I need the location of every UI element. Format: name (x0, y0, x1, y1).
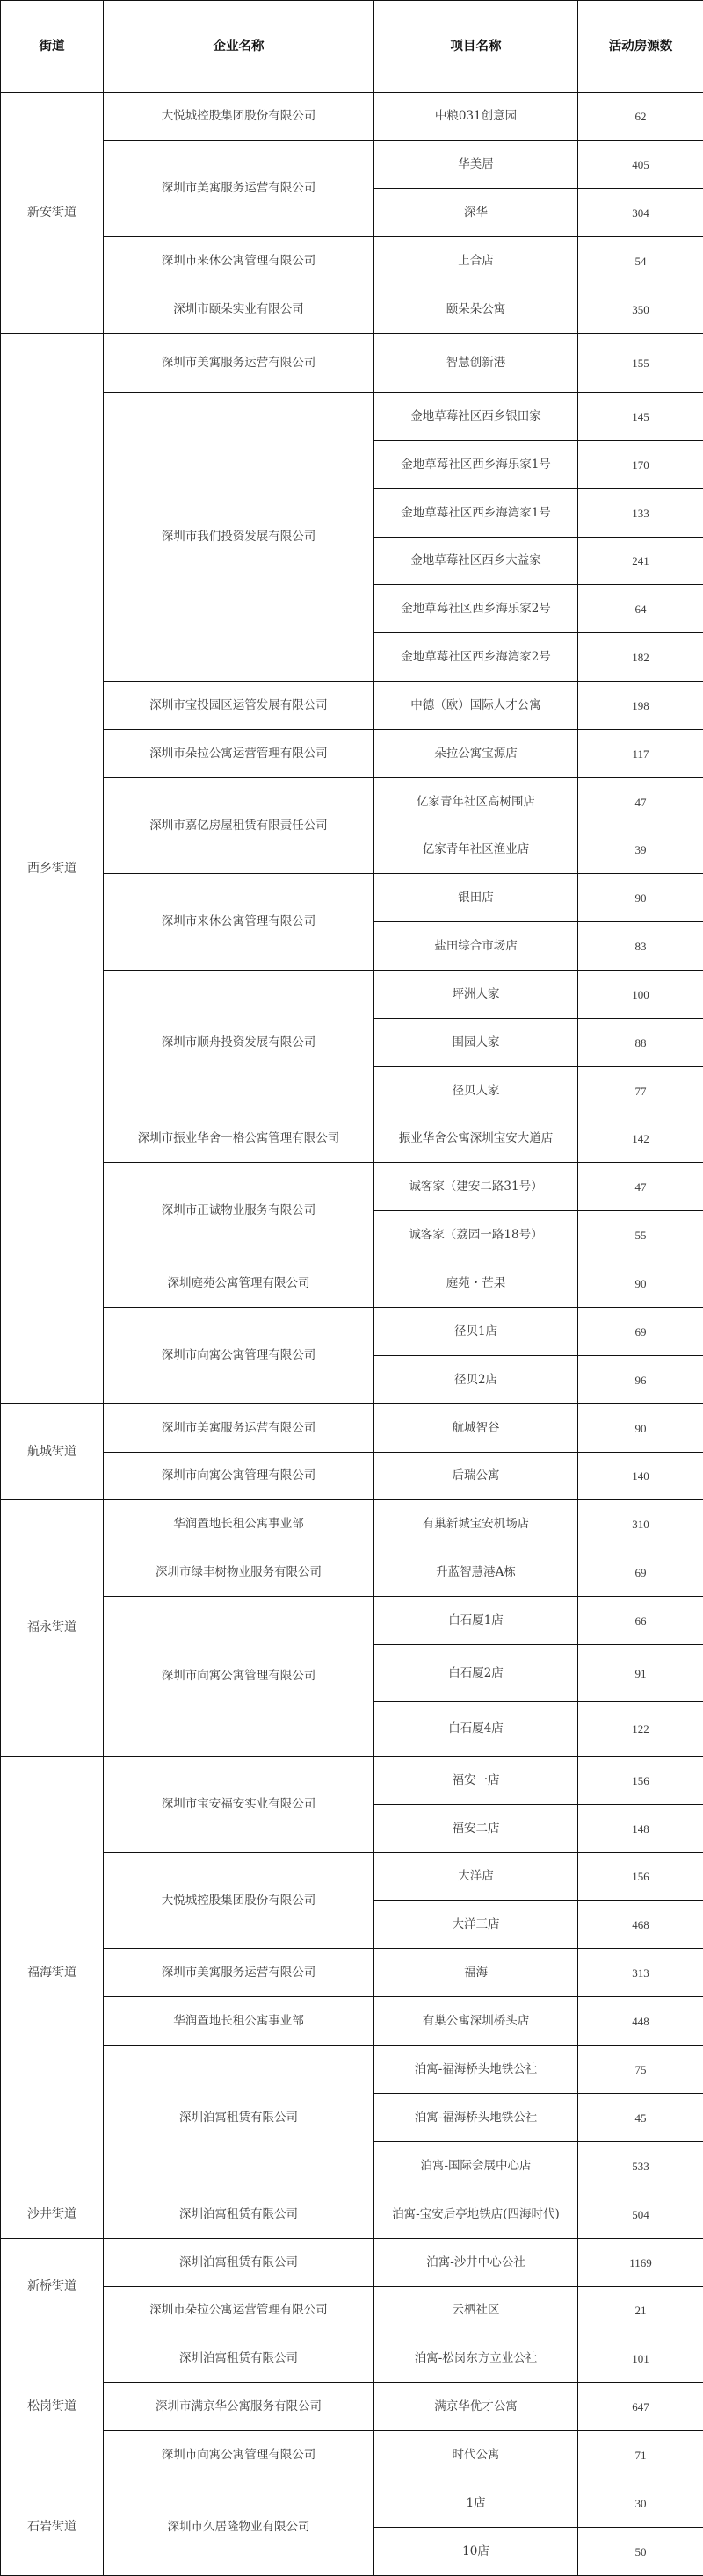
project-cell: 泊寓-福海桥头地铁公社 (374, 2046, 578, 2094)
count-cell: 21 (578, 2287, 703, 2334)
company-cell: 大悦城控股集团股份有限公司 (104, 93, 374, 141)
count-cell: 54 (578, 237, 703, 285)
count-cell: 69 (578, 1308, 703, 1356)
count-cell: 1169 (578, 2239, 703, 2287)
project-cell: 亿家青年社区高树围店 (374, 778, 578, 826)
project-cell: 满京华优才公寓 (374, 2383, 578, 2431)
count-cell: 90 (578, 1259, 703, 1308)
table-row: 深圳市颐朵实业有限公司颐朵朵公寓350 (1, 285, 703, 334)
table-row: 石岩街道深圳市久居隆物业有限公司1店30 (1, 2479, 703, 2528)
company-cell: 华润置地长租公寓事业部 (104, 1997, 374, 2046)
table-row: 深圳市向寓公寓管理有限公司白石厦1店66 (1, 1597, 703, 1645)
project-cell: 时代公寓 (374, 2431, 578, 2479)
table-row: 深圳市向寓公寓管理有限公司时代公寓71 (1, 2431, 703, 2479)
count-cell: 90 (578, 1404, 703, 1453)
company-cell: 深圳庭苑公寓管理有限公司 (104, 1259, 374, 1308)
project-cell: 庭苑・芒果 (374, 1259, 578, 1308)
table-row: 华润置地长租公寓事业部有巢公寓深圳桥头店448 (1, 1997, 703, 2046)
company-cell: 深圳市我们投资发展有限公司 (104, 393, 374, 682)
header-project: 项目名称 (374, 1, 578, 93)
project-cell: 诚客家（建安二路31号） (374, 1163, 578, 1211)
company-cell: 深圳市嘉亿房屋租赁有限责任公司 (104, 778, 374, 874)
project-cell: 坪洲人家 (374, 971, 578, 1019)
street-cell: 新桥街道 (1, 2239, 104, 2334)
table-row: 深圳市宝投园区运管发展有限公司中德（欧）国际人才公寓198 (1, 682, 703, 730)
project-cell: 泊寓-沙井中心公社 (374, 2239, 578, 2287)
project-cell: 大洋三店 (374, 1901, 578, 1949)
count-cell: 504 (578, 2190, 703, 2239)
count-cell: 62 (578, 93, 703, 141)
project-cell: 福安一店 (374, 1757, 578, 1805)
table-row: 深圳市向寓公寓管理有限公司后瑞公寓140 (1, 1453, 703, 1500)
table-row: 航城街道深圳市美寓服务运营有限公司航城智谷90 (1, 1404, 703, 1453)
count-cell: 91 (578, 1645, 703, 1702)
count-cell: 133 (578, 489, 703, 538)
count-cell: 155 (578, 334, 703, 393)
company-cell: 深圳市颐朵实业有限公司 (104, 285, 374, 334)
company-cell: 深圳市顺舟投资发展有限公司 (104, 971, 374, 1115)
project-cell: 金地草莓社区西乡海乐家1号 (374, 441, 578, 489)
project-cell: 上合店 (374, 237, 578, 285)
project-cell: 后瑞公寓 (374, 1453, 578, 1500)
company-cell: 深圳市向寓公寓管理有限公司 (104, 1453, 374, 1500)
table-row: 松岗街道深圳泊寓租赁有限公司泊寓-松岗东方立业公社101 (1, 2334, 703, 2383)
project-cell: 10店 (374, 2528, 578, 2576)
table-row: 深圳市来休公寓管理有限公司银田店90 (1, 874, 703, 922)
count-cell: 198 (578, 682, 703, 730)
street-cell: 沙井街道 (1, 2190, 104, 2239)
table-row: 新桥街道深圳泊寓租赁有限公司泊寓-沙井中心公社1169 (1, 2239, 703, 2287)
project-cell: 航城智谷 (374, 1404, 578, 1453)
count-cell: 647 (578, 2383, 703, 2431)
project-cell: 升蓝智慧港A栋 (374, 1548, 578, 1597)
company-cell: 深圳市绿丰树物业服务有限公司 (104, 1548, 374, 1597)
table-body: 新安街道大悦城控股集团股份有限公司中粮031创意园62深圳市美寓服务运营有限公司… (1, 93, 703, 2576)
project-cell: 泊寓-松岗东方立业公社 (374, 2334, 578, 2383)
table-row: 深圳市美寓服务运营有限公司福海313 (1, 1949, 703, 1997)
header-company: 企业名称 (104, 1, 374, 93)
company-cell: 深圳市朵拉公寓运营管理有限公司 (104, 2287, 374, 2334)
table-row: 沙井街道深圳泊寓租赁有限公司泊寓-宝安后亭地铁店(四海时代)504 (1, 2190, 703, 2239)
count-cell: 47 (578, 778, 703, 826)
project-cell: 云栖社区 (374, 2287, 578, 2334)
table-row: 深圳市嘉亿房屋租赁有限责任公司亿家青年社区高树围店47 (1, 778, 703, 826)
project-cell: 亿家青年社区渔业店 (374, 826, 578, 874)
count-cell: 304 (578, 189, 703, 237)
company-cell: 深圳市向寓公寓管理有限公司 (104, 2431, 374, 2479)
count-cell: 90 (578, 874, 703, 922)
street-cell: 西乡街道 (1, 334, 104, 1404)
project-cell: 1店 (374, 2479, 578, 2528)
table-row: 深圳市美寓服务运营有限公司华美居405 (1, 141, 703, 189)
project-cell: 金地草莓社区西乡海湾家2号 (374, 633, 578, 682)
count-cell: 140 (578, 1453, 703, 1500)
project-cell: 颐朵朵公寓 (374, 285, 578, 334)
count-cell: 88 (578, 1019, 703, 1067)
project-cell: 金地草莓社区西乡海湾家1号 (374, 489, 578, 538)
table-row: 深圳市朵拉公寓运营管理有限公司朵拉公寓宝源店117 (1, 730, 703, 778)
project-cell: 径贝2店 (374, 1356, 578, 1404)
company-cell: 深圳市久居隆物业有限公司 (104, 2479, 374, 2576)
count-cell: 45 (578, 2094, 703, 2142)
header-street: 街道 (1, 1, 104, 93)
count-cell: 148 (578, 1805, 703, 1853)
project-cell: 大洋店 (374, 1853, 578, 1901)
project-cell: 振业华舍公寓深圳宝安大道店 (374, 1115, 578, 1163)
company-cell: 深圳市朵拉公寓运营管理有限公司 (104, 730, 374, 778)
count-cell: 156 (578, 1853, 703, 1901)
count-cell: 39 (578, 826, 703, 874)
project-cell: 华美居 (374, 141, 578, 189)
company-cell: 华润置地长租公寓事业部 (104, 1500, 374, 1548)
table-row: 深圳泊寓租赁有限公司泊寓-福海桥头地铁公社75 (1, 2046, 703, 2094)
project-cell: 有巢公寓深圳桥头店 (374, 1997, 578, 2046)
count-cell: 145 (578, 393, 703, 441)
table-row: 福海街道深圳市宝安福安实业有限公司福安一店156 (1, 1757, 703, 1805)
table-row: 深圳市我们投资发展有限公司金地草莓社区西乡银田家145 (1, 393, 703, 441)
street-cell: 航城街道 (1, 1404, 104, 1500)
housing-table: 街道 企业名称 项目名称 活动房源数 新安街道大悦城控股集团股份有限公司中粮03… (0, 0, 703, 2575)
project-cell: 盐田综合市场店 (374, 922, 578, 971)
count-cell: 83 (578, 922, 703, 971)
count-cell: 182 (578, 633, 703, 682)
project-cell: 中德（欧）国际人才公寓 (374, 682, 578, 730)
company-cell: 深圳市来休公寓管理有限公司 (104, 874, 374, 971)
count-cell: 100 (578, 971, 703, 1019)
project-cell: 径贝1店 (374, 1308, 578, 1356)
company-cell: 深圳市满京华公寓服务有限公司 (104, 2383, 374, 2431)
project-cell: 白石厦2店 (374, 1645, 578, 1702)
count-cell: 533 (578, 2142, 703, 2190)
count-cell: 156 (578, 1757, 703, 1805)
project-cell: 银田店 (374, 874, 578, 922)
table-row: 深圳市正诚物业服务有限公司诚客家（建安二路31号）47 (1, 1163, 703, 1211)
count-cell: 64 (578, 585, 703, 633)
count-cell: 47 (578, 1163, 703, 1211)
count-cell: 350 (578, 285, 703, 334)
count-cell: 405 (578, 141, 703, 189)
table-row: 大悦城控股集团股份有限公司大洋店156 (1, 1853, 703, 1901)
count-cell: 75 (578, 2046, 703, 2094)
count-cell: 241 (578, 538, 703, 585)
count-cell: 71 (578, 2431, 703, 2479)
company-cell: 深圳泊寓租赁有限公司 (104, 2334, 374, 2383)
project-cell: 白石厦1店 (374, 1597, 578, 1645)
company-cell: 深圳市美寓服务运营有限公司 (104, 334, 374, 393)
company-cell: 深圳市美寓服务运营有限公司 (104, 1949, 374, 1997)
header-count: 活动房源数 (578, 1, 703, 93)
count-cell: 50 (578, 2528, 703, 2576)
company-cell: 深圳泊寓租赁有限公司 (104, 2190, 374, 2239)
count-cell: 170 (578, 441, 703, 489)
table-row: 深圳市绿丰树物业服务有限公司升蓝智慧港A栋69 (1, 1548, 703, 1597)
table-row: 深圳市来休公寓管理有限公司上合店54 (1, 237, 703, 285)
table-row: 深圳市顺舟投资发展有限公司坪洲人家100 (1, 971, 703, 1019)
project-cell: 泊寓-宝安后亭地铁店(四海时代) (374, 2190, 578, 2239)
count-cell: 122 (578, 1702, 703, 1757)
company-cell: 深圳市振业华舍一格公寓管理有限公司 (104, 1115, 374, 1163)
count-cell: 101 (578, 2334, 703, 2383)
project-cell: 福海 (374, 1949, 578, 1997)
count-cell: 66 (578, 1597, 703, 1645)
count-cell: 77 (578, 1067, 703, 1115)
project-cell: 深华 (374, 189, 578, 237)
company-cell: 深圳泊寓租赁有限公司 (104, 2046, 374, 2190)
company-cell: 深圳市向寓公寓管理有限公司 (104, 1597, 374, 1757)
table-row: 新安街道大悦城控股集团股份有限公司中粮031创意园62 (1, 93, 703, 141)
project-cell: 围园人家 (374, 1019, 578, 1067)
company-cell: 深圳市正诚物业服务有限公司 (104, 1163, 374, 1259)
project-cell: 金地草莓社区西乡海乐家2号 (374, 585, 578, 633)
count-cell: 69 (578, 1548, 703, 1597)
street-cell: 松岗街道 (1, 2334, 104, 2479)
street-cell: 新安街道 (1, 93, 104, 334)
count-cell: 96 (578, 1356, 703, 1404)
project-cell: 福安二店 (374, 1805, 578, 1853)
count-cell: 310 (578, 1500, 703, 1548)
project-cell: 金地草莓社区西乡银田家 (374, 393, 578, 441)
table-row: 深圳市朵拉公寓运营管理有限公司云栖社区21 (1, 2287, 703, 2334)
company-cell: 大悦城控股集团股份有限公司 (104, 1853, 374, 1949)
company-cell: 深圳市向寓公寓管理有限公司 (104, 1308, 374, 1404)
project-cell: 朵拉公寓宝源店 (374, 730, 578, 778)
table-row: 深圳市振业华舍一格公寓管理有限公司振业华舍公寓深圳宝安大道店142 (1, 1115, 703, 1163)
count-cell: 313 (578, 1949, 703, 1997)
project-cell: 泊寓-福海桥头地铁公社 (374, 2094, 578, 2142)
company-cell: 深圳市宝投园区运管发展有限公司 (104, 682, 374, 730)
street-cell: 福海街道 (1, 1757, 104, 2190)
project-cell: 智慧创新港 (374, 334, 578, 393)
count-cell: 117 (578, 730, 703, 778)
count-cell: 30 (578, 2479, 703, 2528)
table-row: 深圳市满京华公寓服务有限公司满京华优才公寓647 (1, 2383, 703, 2431)
project-cell: 径贝人家 (374, 1067, 578, 1115)
count-cell: 468 (578, 1901, 703, 1949)
table-row: 深圳市向寓公寓管理有限公司径贝1店69 (1, 1308, 703, 1356)
table-row: 深圳庭苑公寓管理有限公司庭苑・芒果90 (1, 1259, 703, 1308)
company-cell: 深圳泊寓租赁有限公司 (104, 2239, 374, 2287)
street-cell: 石岩街道 (1, 2479, 104, 2576)
count-cell: 448 (578, 1997, 703, 2046)
count-cell: 142 (578, 1115, 703, 1163)
company-cell: 深圳市来休公寓管理有限公司 (104, 237, 374, 285)
company-cell: 深圳市宝安福安实业有限公司 (104, 1757, 374, 1853)
project-cell: 诚客家（荔园一路18号） (374, 1211, 578, 1259)
project-cell: 中粮031创意园 (374, 93, 578, 141)
street-cell: 福永街道 (1, 1500, 104, 1757)
project-cell: 泊寓-国际会展中心店 (374, 2142, 578, 2190)
project-cell: 金地草莓社区西乡大益家 (374, 538, 578, 585)
header-row: 街道 企业名称 项目名称 活动房源数 (1, 1, 703, 93)
project-cell: 有巢新城宝安机场店 (374, 1500, 578, 1548)
count-cell: 55 (578, 1211, 703, 1259)
company-cell: 深圳市美寓服务运营有限公司 (104, 141, 374, 237)
table-row: 西乡街道深圳市美寓服务运营有限公司智慧创新港155 (1, 334, 703, 393)
project-cell: 白石厦4店 (374, 1702, 578, 1757)
company-cell: 深圳市美寓服务运营有限公司 (104, 1404, 374, 1453)
table-row: 福永街道华润置地长租公寓事业部有巢新城宝安机场店310 (1, 1500, 703, 1548)
